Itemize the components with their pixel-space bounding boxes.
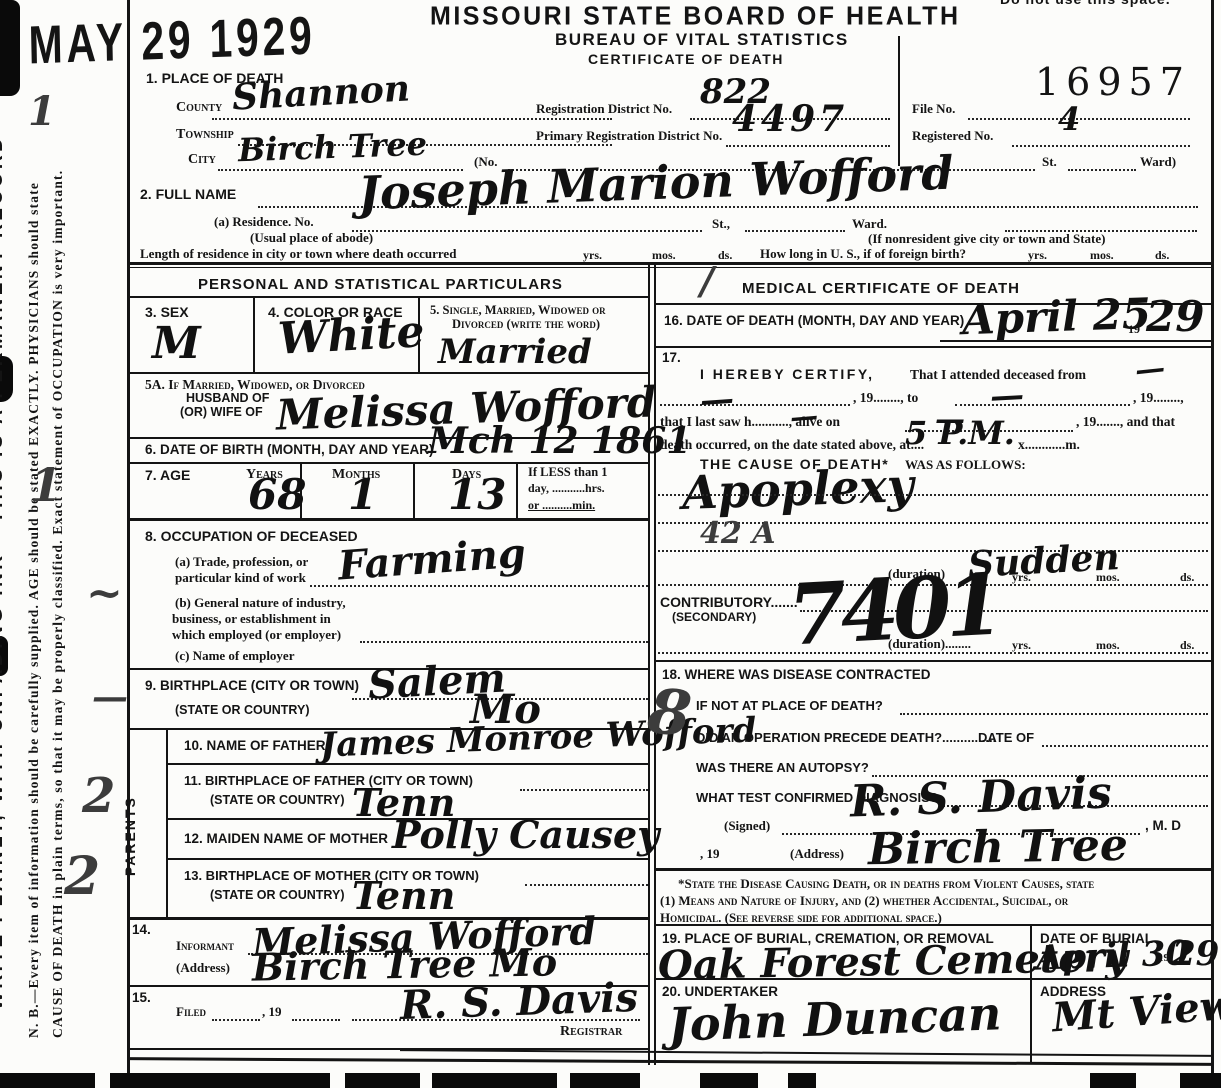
husband-of-label: HUSBAND OF	[186, 391, 269, 405]
primary-reg-label: Primary Registration District No.	[536, 128, 722, 144]
mos-label: mos.	[652, 248, 676, 263]
form-right-border	[1211, 0, 1214, 1073]
certify-text: x............m.	[1018, 437, 1080, 453]
not-at-place-label: IF NOT AT PLACE OF DEATH?	[696, 698, 883, 713]
md-label: , M. D	[1145, 818, 1181, 833]
marital-value: Married	[438, 332, 592, 372]
occupation-value: Farming	[337, 530, 528, 590]
state-country-label: (STATE OR COUNTRY)	[175, 703, 309, 717]
mother-state-label: (STATE OR COUNTRY)	[210, 888, 344, 902]
leader	[1012, 143, 1190, 147]
registrar-label: Registrar	[560, 1024, 622, 1040]
pencil-mark: —	[92, 676, 128, 718]
father-name-value: James Monroe Wofford	[319, 710, 757, 765]
pencil-mark: ~	[86, 568, 123, 619]
scan-band	[570, 1073, 640, 1088]
printed-19: 19	[1128, 322, 1140, 337]
leader	[1068, 167, 1136, 171]
rule	[127, 1057, 1214, 1066]
doc-type-title: CERTIFICATE OF DEATH	[588, 51, 784, 67]
less-than-label: If LESS than 1	[528, 465, 608, 480]
leader	[520, 787, 648, 791]
scan-band	[1090, 1073, 1136, 1088]
county-label: County	[176, 100, 222, 116]
leader	[360, 639, 648, 643]
leader	[1042, 743, 1208, 747]
pencil-mark: 1	[28, 88, 56, 135]
reg-district-label: Registration District No.	[536, 101, 672, 117]
line19-label: , 19	[700, 846, 720, 862]
do-not-use-stamp: Do not use this space.	[1000, 0, 1171, 7]
birthplace-label: 9. BIRTHPLACE (CITY OR TOWN)	[145, 678, 359, 693]
marital-label: 5. Single, Married, Widowed or	[430, 303, 606, 318]
scan-band	[700, 1073, 758, 1088]
date-of-death-label: 16. DATE OF DEATH (MONTH, DAY AND YEAR)	[664, 313, 964, 328]
leader	[658, 492, 1208, 496]
footnote-text: *State the Disease Causing Death, or in …	[678, 876, 1094, 892]
cell-rule	[253, 296, 255, 372]
undertaker-value: John Duncan	[667, 986, 1002, 1052]
rule	[656, 660, 1214, 662]
informant-label: Informant	[176, 938, 234, 954]
scan-band	[1180, 1073, 1221, 1088]
leader	[352, 1017, 640, 1021]
full-name-value: Joseph Marion Wofford	[357, 146, 954, 221]
filed-label: Filed	[176, 1004, 206, 1020]
death-certificate-scan: WRITE PLAINLY, WITH UNFADING INK---THIS …	[0, 0, 1221, 1088]
pencil-mark: 8	[644, 674, 695, 751]
st-label: St.	[1042, 154, 1057, 170]
registered-no-value: 4	[1058, 100, 1080, 138]
scan-band	[345, 1073, 420, 1088]
signed-label: (Signed)	[724, 818, 770, 834]
father-state-label: (STATE OR COUNTRY)	[210, 793, 344, 807]
pencil-mark: 1	[30, 458, 62, 512]
rule	[940, 340, 1214, 342]
disease-contracted-label: 18. WHERE WAS DISEASE CONTRACTED	[662, 667, 931, 682]
informant-address-label: (Address)	[176, 960, 230, 976]
scan-artifact	[0, 0, 20, 96]
ink-dash: —	[989, 375, 1025, 417]
registered-no-label: Registered No.	[912, 128, 993, 144]
full-name-heading: 2. FULL NAME	[140, 186, 236, 202]
autopsy-label: WAS THERE AN AUTOPSY?	[696, 760, 869, 775]
leader	[660, 402, 850, 406]
rule	[656, 978, 1214, 980]
footnote-text: (1) Means and Nature of Injury, and (2) …	[660, 893, 1068, 909]
rule	[656, 346, 1214, 348]
file-number-stamp: 16957	[1035, 60, 1191, 104]
section-divider	[127, 267, 1214, 268]
rule	[656, 868, 1214, 871]
certify-text: , 19........,	[1133, 390, 1184, 406]
mother-bp-value: Tenn	[352, 873, 455, 918]
certify-text: death occurred, on the date stated above…	[660, 437, 924, 453]
rule	[127, 372, 648, 374]
occupation-label: 8. OCCUPATION OF DECEASED	[145, 528, 358, 544]
ink-dash: —	[1133, 351, 1166, 389]
city-label: City	[188, 152, 216, 168]
age-days-value: 13	[448, 470, 506, 519]
parents-label: PARENTS	[122, 796, 138, 876]
certify-text: , 19......., and that	[1076, 414, 1175, 430]
age-months-value: 1	[348, 470, 377, 519]
certify-text: , 19........, to	[853, 390, 918, 406]
leader	[745, 228, 845, 232]
occ-b-label: which employed (or employer)	[172, 627, 341, 643]
dob-label: 6. DATE OF BIRTH (MONTH, DAY AND YEAR)	[145, 442, 434, 457]
bureau-subtitle: BUREAU OF VITAL STATISTICS	[555, 30, 849, 50]
rule	[656, 924, 1214, 926]
cause-of-death-label: WAS AS FOLLOWS:	[905, 457, 1026, 473]
age-years-value: 68	[248, 470, 306, 519]
date-of-label: DATE OF	[978, 730, 1034, 745]
pencil-mark: 2	[82, 768, 115, 824]
address-label: (Address)	[790, 846, 844, 862]
s17-number: 17.	[662, 350, 681, 365]
race-value: White	[277, 306, 426, 365]
ink-dash: —	[789, 399, 820, 434]
burial-date-year: 29	[1172, 934, 1219, 974]
marital-label: Divorced (write the word)	[452, 317, 600, 332]
primary-reg-value: 4497	[732, 98, 848, 140]
occ-c-label: (c) Name of employer	[175, 648, 294, 664]
leader	[352, 228, 702, 232]
contributory-label: CONTRIBUTORY.......	[660, 594, 798, 610]
wife-of-label: (OR) WIFE OF	[180, 405, 263, 419]
cause-of-death-value: Apoplexy	[681, 458, 914, 520]
rule	[400, 1049, 1214, 1057]
leader	[212, 1017, 260, 1021]
file-no-label: File No.	[912, 101, 955, 117]
cause-code: 42 A	[700, 516, 775, 551]
scan-band	[0, 1073, 95, 1088]
dob-value: Mch 12 1861	[428, 420, 691, 462]
less-than-label: day, ...........hrs.	[528, 481, 605, 496]
margin-rule	[127, 0, 130, 1073]
residence-label: (a) Residence. No.	[214, 214, 314, 230]
pencil-mark: /	[700, 258, 714, 303]
leader	[292, 1017, 340, 1021]
personal-heading: PERSONAL AND STATISTICAL PARTICULARS	[198, 276, 563, 293]
margin-warning-text: WRITE PLAINLY, WITH UNFADING INK---THIS …	[0, 135, 8, 1010]
ward-label: Ward)	[1140, 154, 1176, 170]
rule	[166, 858, 648, 860]
leader	[525, 882, 648, 886]
sex-value: M	[152, 318, 201, 369]
less-than-label: or ..........min.	[528, 498, 595, 513]
physician-signature: R. S. Davis	[849, 767, 1112, 827]
occ-b-label: business, or establishment in	[172, 611, 331, 627]
received-date-stamp: MAY 29 1929	[28, 6, 316, 77]
residence-ward-label: Ward.	[852, 216, 887, 232]
s14-number: 14.	[132, 922, 151, 937]
city-value: Birch Tree	[237, 125, 427, 170]
occ-a-label: (a) Trade, profession, or	[175, 554, 308, 570]
father-name-label: 10. NAME OF FATHER	[184, 738, 326, 753]
yrs-label: yrs.	[1028, 248, 1047, 263]
scan-band	[432, 1073, 557, 1088]
rule	[127, 518, 648, 521]
nonresident-label: (If nonresident give city or town and St…	[868, 231, 1106, 247]
leader	[658, 548, 1208, 552]
section-divider	[127, 262, 1214, 265]
ds-label: ds.	[718, 248, 732, 263]
scan-band	[110, 1073, 330, 1088]
yrs-label: yrs.	[583, 248, 602, 263]
leader	[726, 143, 890, 147]
leader	[900, 711, 1208, 715]
occ-a-label: particular kind of work	[175, 570, 306, 586]
death-time-value: 5 P.M.	[905, 414, 1015, 452]
occ-b-label: (b) General nature of industry,	[175, 595, 346, 611]
margin-note-line2: CAUSE OF DEATH in plain terms, so that i…	[50, 170, 66, 1038]
ds-label: ds.	[1155, 248, 1169, 263]
scan-band	[788, 1073, 816, 1088]
mos-label: mos.	[1090, 248, 1114, 263]
leader	[955, 402, 1130, 406]
rule	[127, 296, 648, 298]
margin-note-line1: N. B.—Every item of information should b…	[26, 182, 42, 1038]
s15-number: 15.	[132, 990, 151, 1005]
township-label: Township	[176, 127, 234, 143]
length-residence-label: Length of residence in city or town wher…	[140, 246, 456, 262]
rule	[166, 763, 648, 765]
secondary-label: (SECONDARY)	[672, 610, 756, 624]
date-of-death-year: 29	[1146, 292, 1204, 341]
physician-address-value: Birch Tree	[868, 820, 1129, 876]
agency-title: MISSOURI STATE BOARD OF HEALTH	[430, 1, 961, 31]
date-of-death-value: April 25	[961, 289, 1152, 345]
abode-label: (Usual place of abode)	[250, 230, 373, 246]
printed-19: 19	[1158, 952, 1169, 964]
how-long-us-label: How long in U. S., if of foreign birth?	[760, 246, 966, 262]
rule	[127, 462, 648, 464]
cell-rule	[413, 462, 415, 518]
mother-name-value: Polly Causey	[392, 812, 659, 857]
parents-cell-rule	[166, 728, 168, 917]
leader	[658, 650, 1208, 654]
cell-rule	[516, 462, 518, 518]
age-label: 7. AGE	[145, 467, 190, 483]
county-value: Shannon	[231, 67, 411, 118]
mother-name-label: 12. MAIDEN NAME OF MOTHER	[184, 831, 388, 846]
pencil-mark: 2	[64, 846, 100, 907]
operation-label: DID AN OPERATION PRECEDE DEATH?.........…	[696, 730, 996, 745]
residence-st-label: St.,	[712, 216, 730, 232]
filed-19-label: , 19	[262, 1004, 282, 1020]
